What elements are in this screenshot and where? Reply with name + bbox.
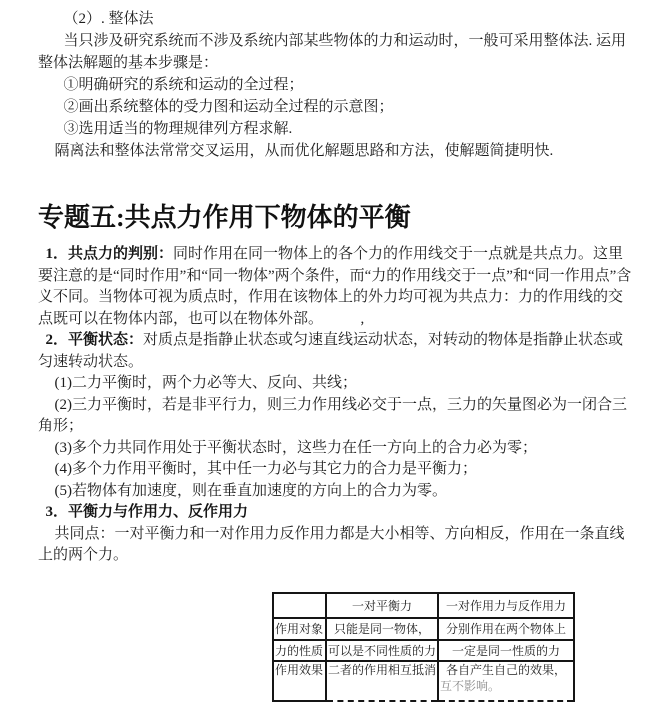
topic5-item1: 1．共点力的判别：同时作用在同一物体上的各个力的作用线交于一点就是共点力。这里要… (38, 244, 636, 330)
row-cell-balanced: 二者的作用相互抵消 (326, 661, 438, 701)
section2-closing: 隔离法和整体法常常交叉运用，从而优化解题思路和方法，使解题简捷明快. (38, 140, 636, 162)
topic5-item3-text: 共同点：一对平衡力和一对作用力反作用力都是大小相等、方向相反，作用在一条直线上的… (38, 524, 636, 567)
step-1: ①明确研究的系统和运动的全过程； (38, 74, 636, 96)
row-cell-action-reaction: 一定是同一性质的力 (438, 640, 574, 661)
row-label: 力的性质 (273, 640, 326, 661)
section2-title: （2）. 整体法 (38, 8, 636, 30)
item2-subitem-2: (2)三力平衡时，若是非平行力，则三力作用线必交于一点，三力的矢量图必为一闭合三… (38, 395, 636, 438)
topic5-item2: 2．平衡状态：对质点是指静止状态或匀速直线运动状态，对转动的物体是指静止状态或匀… (38, 330, 636, 373)
table-header-action-reaction: 一对作用力与反作用力 (438, 593, 574, 618)
item2-label: 2．平衡状态： (46, 332, 144, 348)
table-row-target: 作用对象 只能是同一物体， 分别作用在两个物体上 (273, 618, 574, 640)
item1-label: 1．共点力的判别： (46, 246, 174, 262)
row-label: 作用效果 (273, 661, 326, 701)
row-cell-balanced: 只能是同一物体， (326, 618, 438, 640)
row-cell-action-reaction: 分别作用在两个物体上 (438, 618, 574, 640)
item2-subitem-3: (3)多个力共同作用处于平衡状态时，这些力在任一方向上的合力必为零； (38, 438, 636, 460)
row-cell-balanced: 可以是不同性质的力 (326, 640, 438, 661)
table-header-balanced: 一对平衡力 (326, 593, 438, 618)
effect-cell-cutoff-text: 互不影响。 (440, 678, 572, 694)
topic5-heading: 专题五:共点力作用下物体的平衡 (38, 202, 636, 234)
step-2: ②画出系统整体的受力图和运动全过程的示意图； (38, 96, 636, 118)
item2-subitem-5: (5)若物体有加速度，则在垂直加速度的方向上的合力为零。 (38, 481, 636, 503)
comparison-table: 一对平衡力 一对作用力与反作用力 作用对象 只能是同一物体， 分别作用在两个物体… (272, 592, 575, 702)
table-row-effect: 作用效果 二者的作用相互抵消 各自产生自己的效果， 互不影响。 (273, 661, 574, 701)
document-content: （2）. 整体法 当只涉及研究系统而不涉及系统内部某些物体的力和运动时，一般可采… (0, 0, 672, 567)
topic5-body: 1．共点力的判别：同时作用在同一物体上的各个力的作用线交于一点就是共点力。这里要… (38, 244, 636, 567)
table-corner-cell (273, 593, 326, 618)
step-3: ③选用适当的物理规律列方程求解. (38, 118, 636, 140)
row-cell-action-reaction: 各自产生自己的效果， 互不影响。 (438, 661, 574, 701)
row-label: 作用对象 (273, 618, 326, 640)
table-header-row: 一对平衡力 一对作用力与反作用力 (273, 593, 574, 618)
effect-cell-line1: 各自产生自己的效果， (440, 662, 572, 678)
item2-subitem-4: (4)多个力作用平衡时，其中任一力必与其它力的合力是平衡力； (38, 459, 636, 481)
topic5-item3-heading: 3．平衡力与作用力、反作用力 (38, 502, 636, 524)
item3-label: 3．平衡力与作用力、反作用力 (46, 504, 249, 520)
document-page: （2）. 整体法 当只涉及研究系统而不涉及系统内部某些物体的力和运动时，一般可采… (0, 0, 672, 722)
section2-intro: 当只涉及研究系统而不涉及系统内部某些物体的力和运动时，一般可采用整体法. 运用整… (38, 30, 636, 74)
item2-subitem-1: (1)二力平衡时，两个力必等大、反向、共线； (38, 373, 636, 395)
table-row-nature: 力的性质 可以是不同性质的力 一定是同一性质的力 (273, 640, 574, 661)
